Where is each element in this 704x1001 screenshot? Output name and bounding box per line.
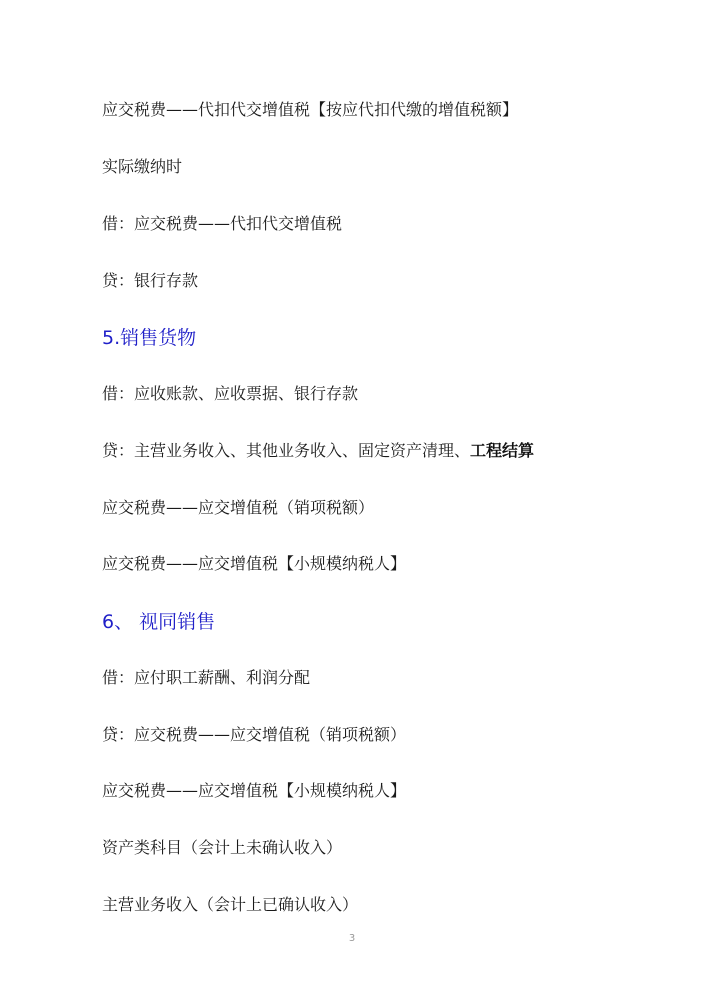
- text-line-sales-small-scale: 应交税费——应交增值税【小规模纳税人】: [102, 554, 406, 574]
- text-line-sales-debit: 借：应收账款、应收票据、银行存款: [102, 384, 358, 404]
- text-line-credit-bank: 贷：银行存款: [102, 271, 198, 291]
- section-heading-sales-of-goods: 5.销售货物: [102, 326, 196, 350]
- page-number: 3: [0, 933, 704, 944]
- text-line-vat-withholding: 应交税费——代扣代交增值税【按应代扣代缴的增值税额】: [102, 100, 518, 120]
- text-line-sales-output-tax: 应交税费——应交增值税（销项税额）: [102, 498, 374, 518]
- text-line-debit-withholding: 借：应交税费——代扣代交增值税: [102, 214, 342, 234]
- text-line-actual-payment: 实际缴纳时: [102, 157, 182, 177]
- sales-credit-bold-text: 工程结算: [470, 441, 534, 460]
- sales-credit-text: 贷：主营业务收入、其他业务收入、固定资产清理、: [102, 441, 470, 460]
- text-line-sales-credit: 贷：主营业务收入、其他业务收入、固定资产清理、工程结算: [102, 441, 534, 461]
- section-heading-deemed-sales: 6、 视同销售: [102, 610, 215, 634]
- document-page: 应交税费——代扣代交增值税【按应代扣代缴的增值税额】 实际缴纳时 借：应交税费—…: [0, 0, 704, 1001]
- text-line-asset-accounts: 资产类科目（会计上未确认收入）: [102, 838, 342, 858]
- text-line-deemed-small-scale: 应交税费——应交增值税【小规模纳税人】: [102, 781, 406, 801]
- text-line-deemed-debit: 借：应付职工薪酬、利润分配: [102, 668, 310, 688]
- text-line-main-revenue: 主营业务收入（会计上已确认收入）: [102, 895, 358, 915]
- text-line-deemed-credit: 贷：应交税费——应交增值税（销项税额）: [102, 725, 406, 745]
